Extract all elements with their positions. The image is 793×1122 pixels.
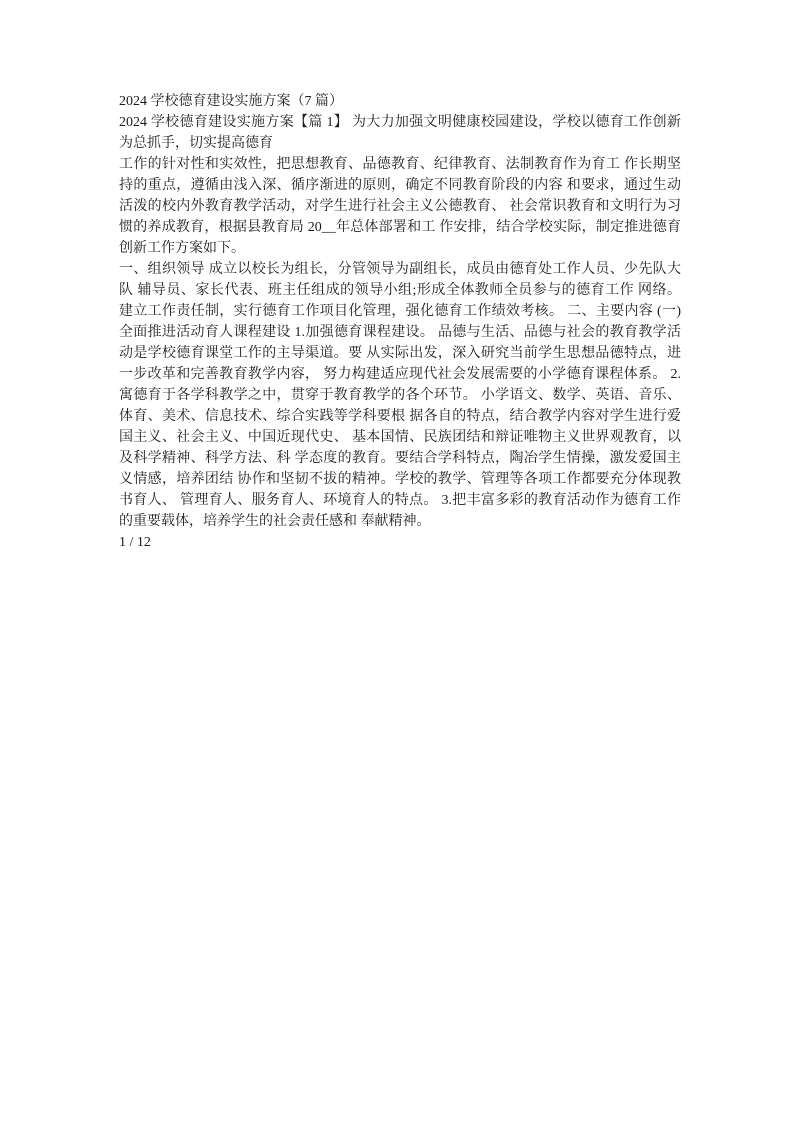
body-line: 建立工作责任制，实行德育工作项目化管理，强化德育工作绩效考核。 二、主要内容 (… [119, 301, 681, 322]
body-line: 国主义、社会主义、中国近现代史、 基本国情、民族团结和辩证唯物主义世界观教育，以 [119, 427, 681, 448]
body-line: 活泼的校内外教育教学活动，对学生进行社会主义公德教育、 社会常识教育和文明行为习 [119, 196, 681, 217]
body-line: 惯的养成教育，根据县教育局 20__年总体部署和工 作安排，结合学校实际，制定推… [119, 217, 681, 238]
body-line: 工作的针对性和实效性，把思想教育、品德教育、纪律教育、法制教育作为育工 作长期坚 [119, 154, 681, 175]
body-line: 为总抓手，切实提高德育 [119, 133, 681, 154]
doc-title-line: 2024 学校德育建设实施方案（7 篇） [119, 91, 681, 112]
body-line: 及科学精神、科学方法、科 学态度的教育。要结合学科特点，陶冶学生情操，激发爱国主 [119, 448, 681, 469]
body-line: 创新工作方案如下。 [119, 238, 681, 259]
body-line: 持的重点，遵循由浅入深、循序渐进的原则，确定不同教育阶段的内容 和要求，通过生动 [119, 175, 681, 196]
body-line: 一步改革和完善教育教学内容， 努力构建适应现代社会发展需要的小学德育课程体系。 … [119, 364, 681, 385]
body-line: 寓德育于各学科教学之中，贯穿于教育教学的各个环节。 小学语文、数学、英语、音乐、 [119, 385, 681, 406]
page-number: 1 / 12 [119, 532, 681, 553]
body-line: 义情感，培养团结 协作和坚韧不拔的精神。学校的教学、管理等各项工作都要充分体现教 [119, 469, 681, 490]
body-line: 一、组织领导 成立以校长为组长，分管领导为副组长，成员由德育处工作人员、少先队大 [119, 259, 681, 280]
body-line: 书育人、 管理育人、服务育人、环境育人的特点。 3.把丰富多彩的教育活动作为德育… [119, 490, 681, 511]
body-line: 体育、美术、信息技术、综合实践等学科要根 据各自的特点，结合教学内容对学生进行爱 [119, 406, 681, 427]
document-text-block: 2024 学校德育建设实施方案（7 篇） 2024 学校德育建设实施方案【篇 1… [119, 91, 681, 553]
body-line: 的重要载体，培养学生的社会责任感和 奉献精神。 [119, 511, 681, 532]
body-line: 队 辅导员、家长代表、班主任组成的领导小组;形成全体教师全员参与的德育工作 网络… [119, 280, 681, 301]
document-page: 2024 学校德育建设实施方案（7 篇） 2024 学校德育建设实施方案【篇 1… [0, 0, 793, 1122]
body-line: 动是学校德育课堂工作的主导渠道。要 从实际出发，深入研究当前学生思想品德特点，进 [119, 343, 681, 364]
body-line: 全面推进活动育人课程建设 1.加强德育课程建设。 品德与生活、品德与社会的教育教… [119, 322, 681, 343]
body-line: 2024 学校德育建设实施方案【篇 1】 为大力加强文明健康校园建设，学校以德育… [119, 112, 681, 133]
